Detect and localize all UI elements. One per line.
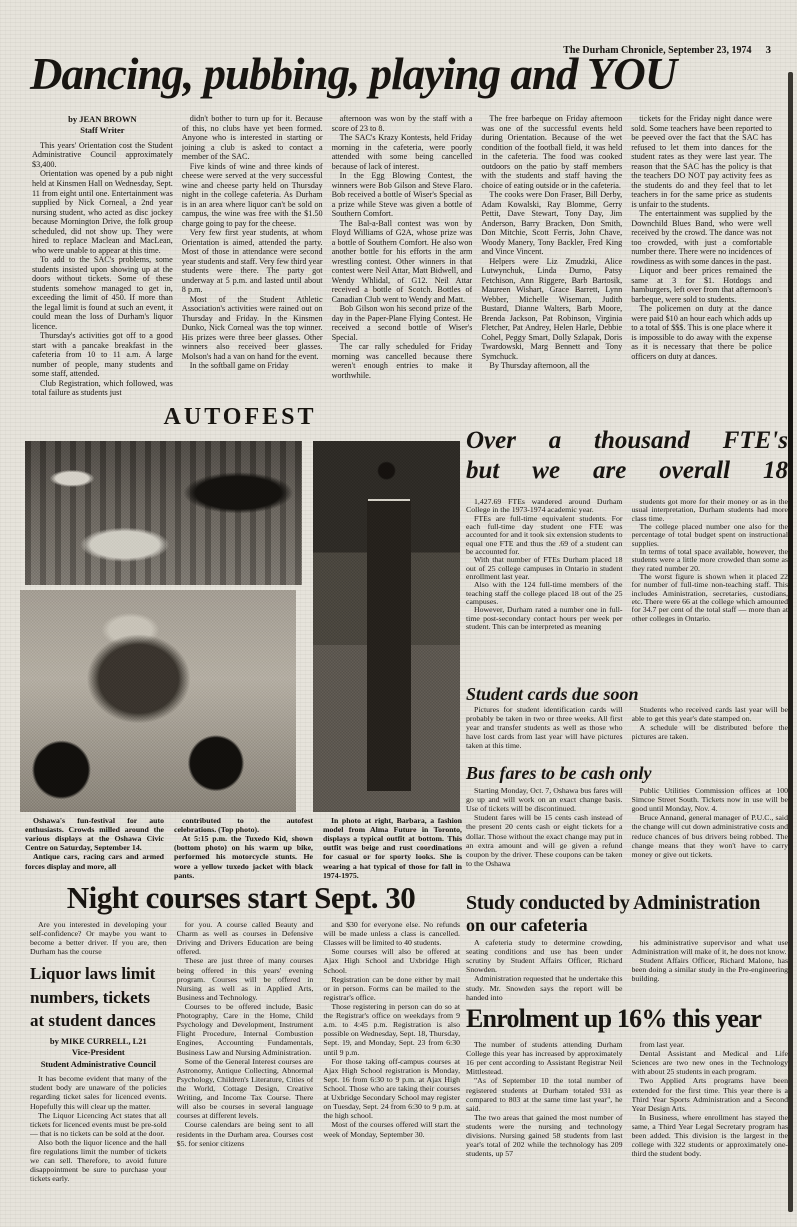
fte-headline-line1: Over a thousand FTE's (466, 426, 788, 456)
student-cards-article: Pictures for student identification card… (466, 705, 788, 765)
fte-headline-line2: but we are overall 18 (466, 456, 788, 486)
cards-column-1: Pictures for student identification card… (466, 705, 623, 765)
study-subhead: on our cafeteria (466, 915, 788, 936)
paragraph: Some courses will also be offered at Aja… (323, 947, 460, 974)
paragraph: Orientation was opened by a pub night he… (32, 169, 173, 255)
article-column-5: tickets for the Friday night dance were … (631, 114, 772, 416)
paragraph: The college placed number one also for t… (632, 523, 789, 548)
paragraph: Club Registration, which followed, was t… (32, 379, 173, 398)
paragraph: The two areas that gained the most numbe… (466, 1113, 623, 1159)
paragraph: Public Utilities Commission offices at 1… (632, 786, 789, 813)
autofest-display-photo (25, 441, 302, 585)
fashion-model-photo (313, 441, 460, 812)
cards-column-2: Students who received cards last year wi… (632, 705, 789, 765)
caption-column-1: Oshawa's fun-festival for auto enthusias… (25, 816, 164, 888)
paragraph: and $30 for everyone else. No refunds wi… (323, 920, 460, 947)
paragraph: Most of the Student Athletic Association… (182, 295, 323, 362)
paragraph: Those registering in person can do so at… (323, 1002, 460, 1057)
main-article: by JEAN BROWN Staff Writer This years' O… (32, 114, 772, 416)
paragraph: Liquor and beer prices remained the same… (631, 266, 772, 304)
enrolment-column-1: The number of students attending Durham … (466, 1040, 623, 1212)
bus-fares-article: Starting Monday, Oct. 7, Oshawa bus fare… (466, 786, 788, 890)
main-headline: Dancing, pubbing, playing and YOU (30, 52, 790, 97)
page-edge-scan-artifact (788, 72, 793, 1212)
byline-role: Vice-President (30, 1047, 167, 1058)
liquor-laws-byline: by MIKE CURRELL, L21 Vice-President Stud… (30, 1036, 167, 1070)
paragraph: With that number of FTEs Durham placed 1… (466, 556, 623, 581)
paragraph: For those taking off-campus courses at A… (323, 1057, 460, 1121)
liquor-laws-line2: numbers, tickets (30, 986, 167, 1009)
paragraph: students got more for their money or as … (632, 498, 789, 523)
article-column-3: afternoon was won by the staff with a sc… (332, 114, 473, 416)
paragraph: Helpers were Liz Zmudzki, Alice Lutwynch… (481, 257, 622, 362)
paragraph: contributed to the autofest celebrations… (174, 816, 313, 834)
byline-author: by JEAN BROWN (32, 114, 173, 125)
student-cards-headline: Student cards due soon (466, 684, 788, 705)
liquor-laws-text: It has become evident that many of the s… (30, 1074, 167, 1183)
enrolment-article: The number of students attending Durham … (466, 1040, 788, 1212)
paragraph: Course calendars are being sent to all r… (177, 1120, 314, 1147)
fte-column-1: 1,427.69 FTEs wandered around Durham Col… (466, 498, 623, 684)
photo-captions: Oshawa's fun-festival for auto enthusias… (25, 816, 462, 888)
night-column-b: for you. A course called Beauty and Char… (177, 920, 314, 1226)
paragraph: Dental Assistant and Medical and Life Sc… (632, 1049, 789, 1076)
bus-column-1: Starting Monday, Oct. 7, Oshawa bus fare… (466, 786, 623, 890)
paragraph: By Thursday afternoon, all the (481, 361, 622, 371)
caption-column-2: contributed to the autofest celebrations… (174, 816, 313, 888)
paragraph: However, Durham rated a number one in fu… (466, 606, 623, 631)
newspaper-page: The Durham Chronicle, September 23, 1974… (0, 0, 797, 1227)
paragraph: Oshawa's fun-festival for auto enthusias… (25, 816, 164, 852)
paragraph: In terms of total space available, howev… (632, 548, 789, 573)
study-column-2: his administrative supervisor and what u… (632, 938, 789, 1004)
paragraph: his administrative supervisor and what u… (632, 938, 789, 956)
paragraph: Most of the courses offered will start t… (323, 1120, 460, 1138)
study-article: A cafeteria study to determine crowding,… (466, 938, 788, 1004)
paragraph: The Bal-a-Ball contest was won by Floyd … (332, 219, 473, 305)
paragraph: Courses to be offered include, Basic Pho… (177, 1002, 314, 1057)
paragraph: In Business, where enrollment has stayed… (632, 1113, 789, 1159)
enrolment-headline: Enrolment up 16% this year (466, 1004, 788, 1034)
paragraph: Some of the General Interest courses are… (177, 1057, 314, 1121)
paragraph: FTEs are full-time equivalent students. … (466, 515, 623, 557)
paragraph: tickets for the Friday night dance were … (631, 114, 772, 209)
fte-headline: Over a thousand FTE's but we are overall… (466, 426, 788, 485)
paragraph: A schedule will be distributed before th… (632, 723, 789, 741)
night-column-c: and $30 for everyone else. No refunds wi… (323, 920, 460, 1226)
paragraph: Bob Gilson won his second prize of the d… (332, 304, 473, 342)
paragraph: Student fares will be 15 cents cash inst… (466, 813, 623, 868)
paragraph: "As of September 10 the total number of … (466, 1076, 623, 1112)
paragraph: from last year. (632, 1040, 789, 1049)
paragraph: Registration can be done either by mail … (323, 975, 460, 1002)
night-column-a: Are you interested in developing your se… (30, 920, 167, 1226)
byline-role: Staff Writer (32, 125, 173, 136)
paragraph: didn't bother to turn up for it. Because… (182, 114, 323, 162)
study-headline: Study conducted by Administration (466, 892, 788, 915)
paragraph: In the softball game on Friday (182, 361, 323, 371)
paragraph: Student Affairs Officer, Richard Malone,… (632, 956, 789, 983)
paragraph: Very few first year students, at whom Or… (182, 228, 323, 295)
paragraph: The free barbeque on Friday afternoon wa… (481, 114, 622, 190)
paragraph: A cafeteria study to determine crowding,… (466, 938, 623, 974)
paragraph: This years' Orientation cost the Student… (32, 141, 173, 170)
paragraph: The number of students attending Durham … (466, 1040, 623, 1076)
paragraph: for you. A course called Beauty and Char… (177, 920, 314, 956)
paragraph: Students who received cards last year wi… (632, 705, 789, 723)
paragraph: At 5:15 p.m. the Tuxedo Kid, shown (bott… (174, 834, 313, 880)
paragraph: It has become evident that many of the s… (30, 1074, 167, 1110)
paragraph: The SAC's Krazy Kontests, held Friday mo… (332, 133, 473, 171)
paragraph: Bruce Annand, general manager of P.U.C.,… (632, 813, 789, 859)
paragraph: Administration requested that he underta… (466, 974, 623, 1001)
bus-column-2: Public Utilities Commission offices at 1… (632, 786, 789, 890)
autofest-heading: AUTOFEST (20, 404, 460, 431)
paragraph: These are just three of many courses bei… (177, 956, 314, 1002)
paragraph: In photo at right, Barbara, a fashion mo… (323, 816, 462, 880)
motorcycle-stunt-photo (20, 590, 296, 812)
byline: by JEAN BROWN Staff Writer (32, 114, 173, 137)
paragraph: The worst figure is shown when it placed… (632, 573, 789, 623)
night-courses-article: Are you interested in developing your se… (30, 920, 460, 1226)
paragraph: The car rally scheduled for Friday morni… (332, 342, 473, 380)
fte-column-2: students got more for their money or as … (632, 498, 789, 684)
article-column-4: The free barbeque on Friday afternoon wa… (481, 114, 622, 416)
paragraph: Thursday's activities got off to a good … (32, 331, 173, 379)
paragraph: The entertainment was supplied by the Do… (631, 209, 772, 266)
paragraph: Two Applied Arts programs have been exte… (632, 1076, 789, 1112)
paragraph: In the Egg Blowing Contest, the winners … (332, 171, 473, 219)
paragraph: afternoon was won by the staff with a sc… (332, 114, 473, 133)
paragraph: 1,427.69 FTEs wandered around Durham Col… (466, 498, 623, 515)
paragraph: The Liquor Licencing Act states that all… (30, 1111, 167, 1138)
byline-author: by MIKE CURRELL, L21 (30, 1036, 167, 1047)
liquor-laws-line1: Liquor laws limit (30, 962, 167, 985)
paragraph: Pictures for student identification card… (466, 705, 623, 751)
enrolment-column-2: from last year.Dental Assistant and Medi… (632, 1040, 789, 1212)
column-text: This years' Orientation cost the Student… (32, 141, 173, 398)
night-intro: Are you interested in developing your se… (30, 920, 167, 956)
paragraph: The policemen on duty at the dance were … (631, 304, 772, 361)
paragraph: To add to the SAC's problems, some stude… (32, 255, 173, 331)
paragraph: Five kinds of wine and three kinds of ch… (182, 162, 323, 229)
bus-fares-headline: Bus fares to be cash only (466, 763, 788, 784)
article-column-1: by JEAN BROWN Staff Writer This years' O… (32, 114, 173, 416)
paragraph: The cooks were Don Fraser, Bill Derby, A… (481, 190, 622, 257)
paragraph: Antique cars, racing cars and armed forc… (25, 852, 164, 870)
liquor-laws-headline: Liquor laws limit numbers, tickets at st… (30, 962, 167, 1032)
liquor-laws-line3: at student dances (30, 1009, 167, 1032)
article-column-2: didn't bother to turn up for it. Because… (182, 114, 323, 416)
study-column-1: A cafeteria study to determine crowding,… (466, 938, 623, 1004)
byline-org: Student Administrative Council (30, 1059, 167, 1070)
night-courses-headline: Night courses start Sept. 30 (20, 880, 462, 916)
caption-column-3: In photo at right, Barbara, a fashion mo… (323, 816, 462, 888)
paragraph: Also with the 124 full-time members of t… (466, 581, 623, 606)
fte-article: 1,427.69 FTEs wandered around Durham Col… (466, 498, 788, 684)
paragraph: Also both the liquor licence and the hal… (30, 1138, 167, 1184)
paragraph: Starting Monday, Oct. 7, Oshawa bus fare… (466, 786, 623, 813)
